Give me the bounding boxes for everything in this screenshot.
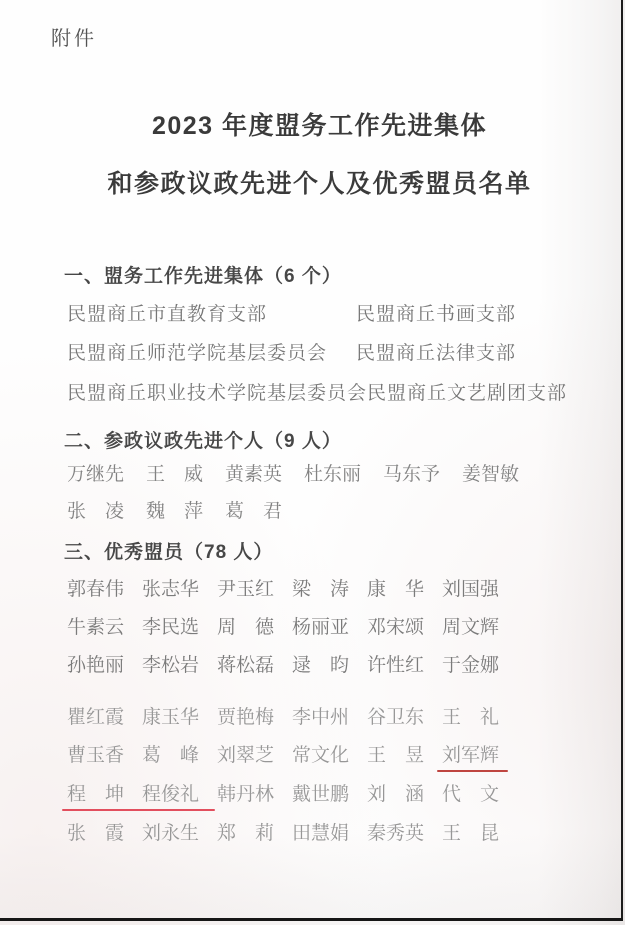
member-name: 李民选: [142, 616, 200, 640]
org-name: 民盟商丘法律支部: [356, 342, 516, 366]
section-collectives-heading: 一、盟务工作先进集体（6 个）: [64, 261, 342, 288]
member-name: 刘翠芝: [217, 744, 275, 768]
members-row: 瞿红霞 康玉华 贾艳梅 李中州 谷卫东 王 礼: [67, 706, 500, 730]
member-name: 康玉华: [142, 706, 200, 730]
member-name: 王 礼: [442, 706, 500, 730]
member-name: 瞿红霞: [67, 706, 125, 730]
member-name: 戴世鹏: [292, 783, 350, 807]
member-name-underlined: 程俊礼: [142, 783, 200, 807]
member-name: 杜东丽: [304, 463, 362, 487]
member-name: 张 凌: [67, 500, 125, 524]
member-name: 李松岩: [142, 654, 200, 678]
member-name: 梁 涛: [292, 578, 350, 602]
member-name: 郭春伟: [67, 578, 125, 602]
individuals-row: 万继先 王 威 黄素英 杜东丽 马东予 姜智敏: [67, 463, 520, 487]
members-row: 曹玉香 葛 峰 刘翠芝 常文化 王 昱 刘军辉: [67, 744, 500, 768]
org-name: 民盟商丘职业技术学院基层委员会: [67, 382, 367, 406]
member-name: 刘永生: [142, 822, 200, 846]
member-name: 许性红: [367, 654, 425, 678]
member-name: 魏 萍: [146, 500, 204, 524]
member-name: 张志华: [142, 578, 200, 602]
member-name-underlined: 刘军辉: [442, 744, 500, 768]
member-name: 马东予: [383, 463, 441, 487]
members-row: 郭春伟 张志华 尹玉红 梁 涛 康 华 刘国强: [67, 578, 500, 602]
individuals-row: 张 凌 魏 萍 葛 君: [67, 500, 283, 524]
section-members-heading: 三、优秀盟员（78 人）: [64, 537, 273, 564]
member-name: 王 昆: [442, 822, 500, 846]
member-name: 周 德: [217, 616, 275, 640]
member-name: 葛 君: [225, 500, 283, 524]
member-name: 代 文: [442, 783, 500, 807]
member-name: 牛素云: [67, 616, 125, 640]
member-name: 杨丽亚: [292, 616, 350, 640]
member-name: 孙艳丽: [67, 654, 125, 678]
member-name: 曹玉香: [67, 744, 125, 768]
org-name: 民盟商丘文艺剧团支部: [367, 382, 567, 406]
member-name: 逯 昀: [292, 654, 350, 678]
org-name: 民盟商丘市直教育支部: [67, 303, 356, 327]
org-name: 民盟商丘书画支部: [356, 303, 516, 327]
member-name: 田慧娟: [292, 822, 350, 846]
collectives-row: 民盟商丘职业技术学院基层委员会 民盟商丘文艺剧团支部: [67, 382, 567, 406]
section-individuals-heading: 二、参政议政先进个人（9 人）: [64, 426, 342, 453]
member-name: 于金娜: [442, 654, 500, 678]
member-name: 王 昱: [367, 744, 425, 768]
member-name: 黄素英: [225, 463, 283, 487]
member-name: 邓宋颂: [367, 616, 425, 640]
collectives-row: 民盟商丘市直教育支部 民盟商丘书画支部: [67, 303, 516, 327]
member-name: 郑 莉: [217, 822, 275, 846]
org-name: 民盟商丘师范学院基层委员会: [67, 342, 356, 366]
member-name: 谷卫东: [367, 706, 425, 730]
member-name: 蒋松磊: [217, 654, 275, 678]
member-name: 刘国强: [442, 578, 500, 602]
member-name: 姜智敏: [462, 463, 520, 487]
member-name: 万继先: [67, 463, 125, 487]
member-name: 贾艳梅: [217, 706, 275, 730]
scan-edge-line-bottom: [0, 918, 623, 921]
member-name: 王 威: [146, 463, 204, 487]
member-name: 周文辉: [442, 616, 500, 640]
member-name: 常文化: [292, 744, 350, 768]
members-row: 孙艳丽 李松岩 蒋松磊 逯 昀 许性红 于金娜: [67, 654, 500, 678]
members-row: 程 坤 程俊礼 韩丹林 戴世鹏 刘 涵 代 文: [67, 783, 500, 807]
member-name: 康 华: [367, 578, 425, 602]
member-name: 秦秀英: [367, 822, 425, 846]
scanned-document-page: 附件 2023 年度盟务工作先进集体 和参政议政先进个人及优秀盟员名单 一、盟务…: [0, 0, 625, 925]
document-title-line1: 2023 年度盟务工作先进集体: [14, 106, 625, 142]
members-row: 张 霞 刘永生 郑 莉 田慧娟 秦秀英 王 昆: [67, 822, 500, 846]
member-name: 葛 峰: [142, 744, 200, 768]
member-name: 韩丹林: [217, 783, 275, 807]
collectives-row: 民盟商丘师范学院基层委员会 民盟商丘法律支部: [67, 342, 516, 366]
member-name: 刘 涵: [367, 783, 425, 807]
members-row: 牛素云 李民选 周 德 杨丽亚 邓宋颂 周文辉: [67, 616, 500, 640]
member-name: 张 霞: [67, 822, 125, 846]
attachment-label: 附件: [51, 22, 97, 51]
member-name: 尹玉红: [217, 578, 275, 602]
member-name: 李中州: [292, 706, 350, 730]
member-name-underlined: 程 坤: [67, 783, 125, 807]
document-title-line2: 和参政议政先进个人及优秀盟员名单: [14, 164, 625, 200]
